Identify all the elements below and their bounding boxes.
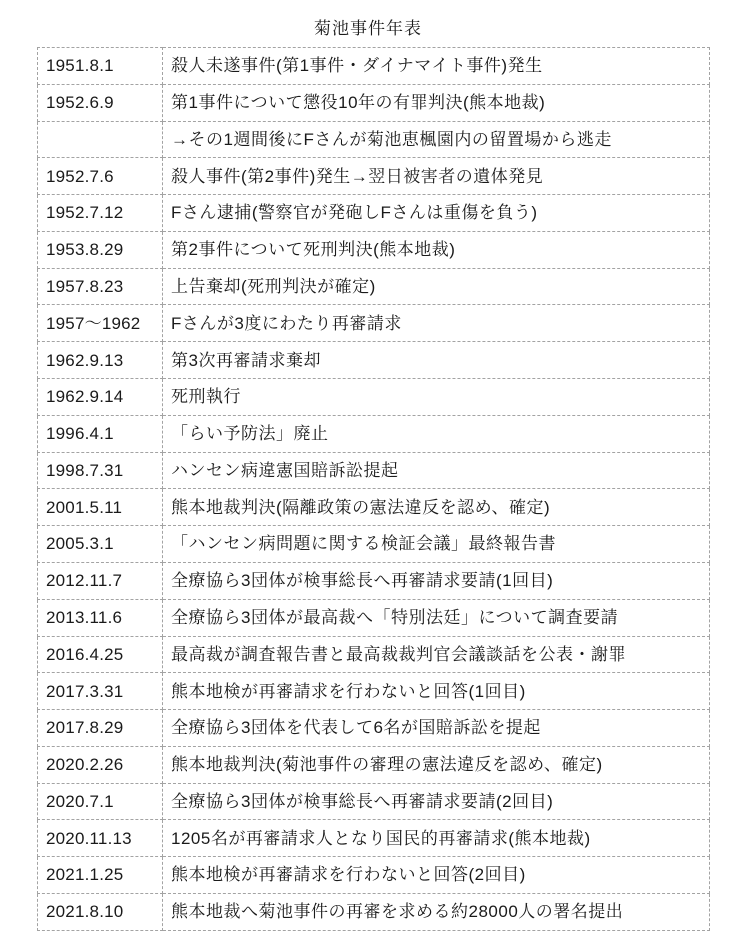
table-row: 1953.8.29第2事件について死刑判決(熊本地裁)	[38, 231, 710, 268]
table-row: 2017.3.31熊本地検が再審請求を行わないと回答(1回目)	[38, 673, 710, 710]
event-cell: 死刑執行	[163, 379, 710, 416]
event-cell: 1205名が再審請求人となり国民的再審請求(熊本地裁)	[163, 820, 710, 857]
date-cell: 1962.9.14	[38, 379, 163, 416]
document-page: 菊池事件年表 1951.8.1殺人未遂事件(第1事件・ダイナマイト事件)発生19…	[0, 0, 736, 931]
date-cell: 2012.11.7	[38, 562, 163, 599]
table-row: 2020.7.1全療協ら3団体が検事総長へ再審請求要請(2回目)	[38, 783, 710, 820]
event-cell: ハンセン病違憲国賠訴訟提起	[163, 452, 710, 489]
table-row: 2021.1.25熊本地検が再審請求を行わないと回答(2回目)	[38, 857, 710, 894]
event-cell: 殺人事件(第2事件)発生→翌日被害者の遺体発見	[163, 158, 710, 195]
date-cell: 1952.6.9	[38, 84, 163, 121]
table-row: 1962.9.13第3次再審請求棄却	[38, 342, 710, 379]
date-cell: 2016.4.25	[38, 636, 163, 673]
event-cell: 熊本地検が再審請求を行わないと回答(2回目)	[163, 857, 710, 894]
date-cell: 2020.11.13	[38, 820, 163, 857]
table-row: 1952.7.6殺人事件(第2事件)発生→翌日被害者の遺体発見	[38, 158, 710, 195]
table-row: 1996.4.1「らい予防法」廃止	[38, 415, 710, 452]
date-cell: 2017.8.29	[38, 710, 163, 747]
table-row: 2020.2.26熊本地裁判決(菊池事件の審理の憲法違反を認め、確定)	[38, 746, 710, 783]
event-cell: 上告棄却(死刑判決が確定)	[163, 268, 710, 305]
table-row: 2016.4.25最高裁が調査報告書と最高裁裁判官会議談話を公表・謝罪	[38, 636, 710, 673]
date-cell: 2020.2.26	[38, 746, 163, 783]
event-cell: 第2事件について死刑判決(熊本地裁)	[163, 231, 710, 268]
event-cell: 全療協ら3団体を代表して6名が国賠訴訟を提起	[163, 710, 710, 747]
date-cell: 1962.9.13	[38, 342, 163, 379]
table-row: 1957.8.23上告棄却(死刑判決が確定)	[38, 268, 710, 305]
event-cell: 第1事件について懲役10年の有罪判決(熊本地裁)	[163, 84, 710, 121]
date-cell: 2021.8.10	[38, 893, 163, 930]
event-cell: →その1週間後にFさんが菊池恵楓園内の留置場から逃走	[163, 121, 710, 158]
event-cell: 最高裁が調査報告書と最高裁裁判官会議談話を公表・謝罪	[163, 636, 710, 673]
table-row: 2020.11.131205名が再審請求人となり国民的再審請求(熊本地裁)	[38, 820, 710, 857]
table-row: 2021.8.10熊本地裁へ菊池事件の再審を求める約28000人の署名提出	[38, 893, 710, 930]
date-cell: 2013.11.6	[38, 599, 163, 636]
table-row: 1998.7.31ハンセン病違憲国賠訴訟提起	[38, 452, 710, 489]
table-row: 1952.6.9第1事件について懲役10年の有罪判決(熊本地裁)	[38, 84, 710, 121]
table-row: 2013.11.6全療協ら3団体が最高裁へ「特別法廷」について調査要請	[38, 599, 710, 636]
table-row: 2017.8.29全療協ら3団体を代表して6名が国賠訴訟を提起	[38, 710, 710, 747]
date-cell: 1952.7.6	[38, 158, 163, 195]
date-cell: 1951.8.1	[38, 48, 163, 85]
page-title: 菊池事件年表	[0, 0, 736, 39]
date-cell: 2021.1.25	[38, 857, 163, 894]
date-cell: 1998.7.31	[38, 452, 163, 489]
event-cell: 全療協ら3団体が検事総長へ再審請求要請(1回目)	[163, 562, 710, 599]
date-cell: 1957.8.23	[38, 268, 163, 305]
event-cell: 「ハンセン病問題に関する検証会議」最終報告書	[163, 526, 710, 563]
event-cell: 熊本地裁判決(隔離政策の憲法違反を認め、確定)	[163, 489, 710, 526]
date-cell: 2005.3.1	[38, 526, 163, 563]
event-cell: 熊本地裁判決(菊池事件の審理の憲法違反を認め、確定)	[163, 746, 710, 783]
timeline-table-body: 1951.8.1殺人未遂事件(第1事件・ダイナマイト事件)発生1952.6.9第…	[38, 48, 710, 931]
event-cell: 「らい予防法」廃止	[163, 415, 710, 452]
event-cell: 全療協ら3団体が検事総長へ再審請求要請(2回目)	[163, 783, 710, 820]
date-cell: 2017.3.31	[38, 673, 163, 710]
table-row: 1952.7.12Fさん逮捕(警察官が発砲しFさんは重傷を負う)	[38, 195, 710, 232]
date-cell	[38, 121, 163, 158]
table-row: 1962.9.14死刑執行	[38, 379, 710, 416]
event-cell: 熊本地裁へ菊池事件の再審を求める約28000人の署名提出	[163, 893, 710, 930]
event-cell: Fさん逮捕(警察官が発砲しFさんは重傷を負う)	[163, 195, 710, 232]
event-cell: 第3次再審請求棄却	[163, 342, 710, 379]
date-cell: 1996.4.1	[38, 415, 163, 452]
event-cell: Fさんが3度にわたり再審請求	[163, 305, 710, 342]
table-row: →その1週間後にFさんが菊池恵楓園内の留置場から逃走	[38, 121, 710, 158]
date-cell: 2001.5.11	[38, 489, 163, 526]
date-cell: 1952.7.12	[38, 195, 163, 232]
event-cell: 殺人未遂事件(第1事件・ダイナマイト事件)発生	[163, 48, 710, 85]
table-row: 1957〜1962Fさんが3度にわたり再審請求	[38, 305, 710, 342]
timeline-table: 1951.8.1殺人未遂事件(第1事件・ダイナマイト事件)発生1952.6.9第…	[37, 47, 710, 931]
date-cell: 1953.8.29	[38, 231, 163, 268]
table-row: 2001.5.11熊本地裁判決(隔離政策の憲法違反を認め、確定)	[38, 489, 710, 526]
date-cell: 2020.7.1	[38, 783, 163, 820]
table-row: 1951.8.1殺人未遂事件(第1事件・ダイナマイト事件)発生	[38, 48, 710, 85]
date-cell: 1957〜1962	[38, 305, 163, 342]
event-cell: 全療協ら3団体が最高裁へ「特別法廷」について調査要請	[163, 599, 710, 636]
table-row: 2005.3.1「ハンセン病問題に関する検証会議」最終報告書	[38, 526, 710, 563]
table-row: 2012.11.7全療協ら3団体が検事総長へ再審請求要請(1回目)	[38, 562, 710, 599]
event-cell: 熊本地検が再審請求を行わないと回答(1回目)	[163, 673, 710, 710]
